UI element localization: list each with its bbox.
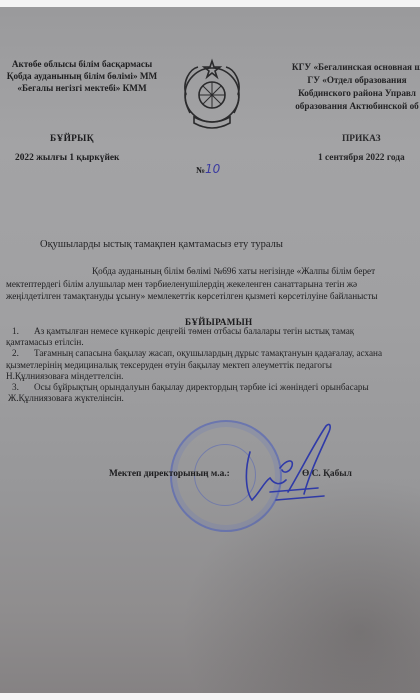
doc-number: №10: [196, 162, 220, 176]
state-emblem-icon: [176, 55, 248, 139]
item-line: Ж.Құлниязоваға жүктелінсін.: [6, 393, 420, 404]
item-line: Тағамның сапасына бақылау жасап, оқушыла…: [34, 348, 382, 359]
item-line: қамтамасыз етілсін.: [6, 337, 420, 348]
header-right-line: КГУ «Бегалинская основная ш: [272, 61, 420, 74]
header-right-line: образования Актюбинской об: [272, 100, 420, 113]
order-item: 3.Осы бұйрықтың орындалуын бақылау дирек…: [6, 382, 420, 404]
number-handwritten: 10: [205, 162, 220, 176]
document-photo: Актөбе облысы білім басқармасы Қобда ауд…: [0, 7, 420, 693]
doc-subject: Оқушыларды ыстық тамақпен қамтамасыз ету…: [40, 239, 283, 250]
signature-label: Мектеп директорының м.а.:: [109, 469, 230, 479]
item-line: Осы бұйрықтың орындалуын бақылау директо…: [34, 382, 369, 393]
item-number: 1.: [6, 326, 34, 337]
header-left-line: Актөбе облысы білім басқармасы: [0, 58, 168, 70]
number-prefix: №: [196, 165, 205, 175]
item-line: Аз қамтылған немесе күнкөріс деңгейі төм…: [34, 326, 354, 337]
header-left-line: «Бегалы негізгі мектебі» КММ: [0, 82, 168, 94]
preamble-line: Қобда ауданының білім бөлімі №696 хаты н…: [0, 265, 420, 278]
order-item: 1.Аз қамтылған немесе күнкөріс деңгейі т…: [6, 326, 420, 348]
preamble: Қобда ауданының білім бөлімі №696 хаты н…: [0, 265, 420, 303]
header-left: Актөбе облысы білім басқармасы Қобда ауд…: [0, 58, 168, 94]
item-line: Н.Құлниязоваға міндеттелсін.: [6, 371, 420, 382]
preamble-line: мектептердегі білім алушылар мен тәрбиел…: [0, 278, 420, 291]
header-left-line: Қобда ауданының білім бөлімі» ММ: [0, 70, 168, 82]
item-number: 2.: [6, 348, 34, 359]
order-item: 2.Тағамның сапасына бақылау жасап, оқушы…: [6, 348, 420, 382]
handwritten-signature-icon: [240, 422, 390, 512]
header-right: КГУ «Бегалинская основная ш ГУ «Отдел об…: [272, 61, 420, 113]
doc-title-kz: БҰЙРЫҚ: [50, 134, 94, 144]
doc-date-kz: 2022 жылғы 1 қыркүйек: [15, 153, 119, 163]
item-number: 3.: [6, 382, 34, 393]
header-right-line: ГУ «Отдел образования: [272, 74, 420, 87]
doc-date-ru: 1 сентября 2022 года: [318, 153, 405, 163]
doc-title-ru: ПРИКАЗ: [342, 134, 381, 144]
header-right-line: Кобдинского района Управл: [272, 87, 420, 100]
order-items: 1.Аз қамтылған немесе күнкөріс деңгейі т…: [6, 326, 420, 404]
item-line: қызметлерінің медициналық тексеруден өту…: [6, 360, 420, 371]
preamble-line: жеңілдетілген тамақтануды ұсыну» мемлеке…: [0, 290, 420, 303]
